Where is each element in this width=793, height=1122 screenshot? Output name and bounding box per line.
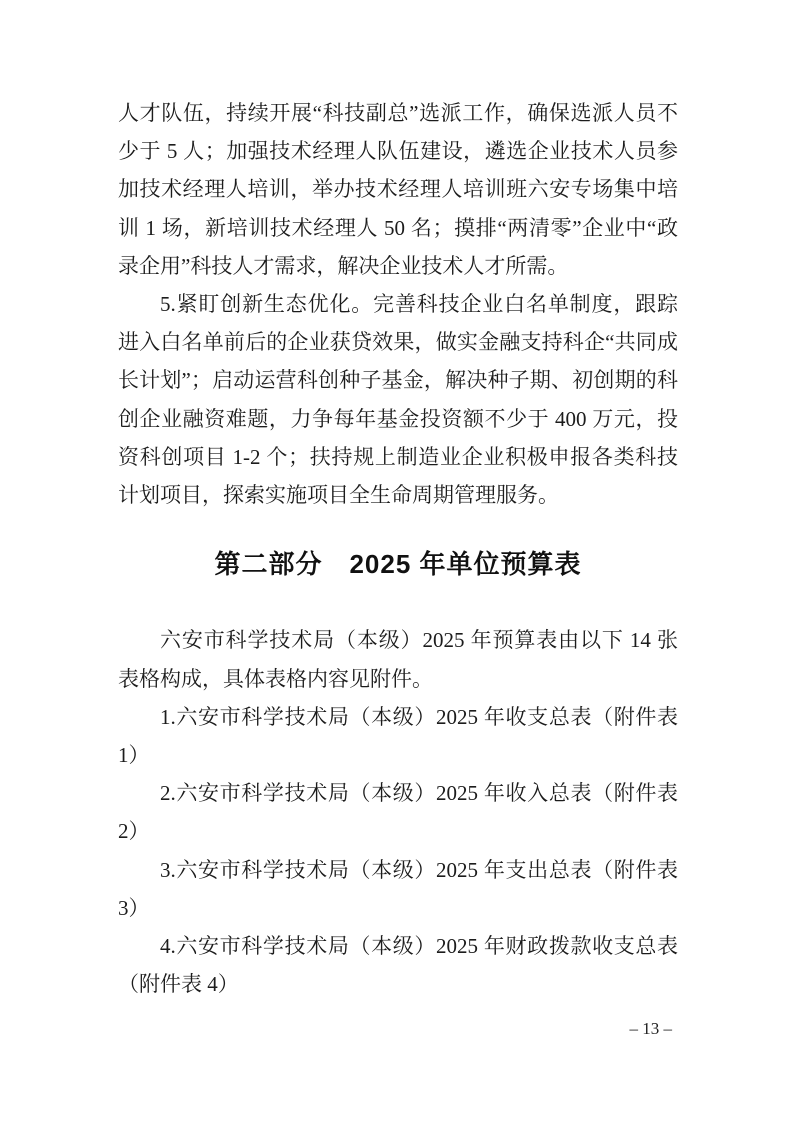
list-item-budget-table-3: 3.六安市科学技术局（本级）2025 年支出总表（附件表 3） (118, 851, 678, 927)
document-body: 人才队伍，持续开展“科技副总”选派工作，确保选派人员不少于 5 人；加强技术经理… (118, 94, 678, 1003)
paragraph-innovation-ecosystem: 5.紧盯创新生态优化。完善科技企业白名单制度，跟踪进入白名单前后的企业获贷效果，… (118, 285, 678, 514)
page-number: – 13 – (630, 1018, 673, 1040)
document-page: 人才队伍，持续开展“科技副总”选派工作，确保选派人员不少于 5 人；加强技术经理… (0, 0, 793, 1122)
list-item-budget-table-4: 4.六安市科学技术局（本级）2025 年财政拨款收支总表（附件表 4） (118, 927, 678, 1003)
paragraph-budget-tables-intro: 六安市科学技术局（本级）2025 年预算表由以下 14 张表格构成，具体表格内容… (118, 621, 678, 697)
list-item-budget-table-1: 1.六安市科学技术局（本级）2025 年收支总表（附件表 1） (118, 698, 678, 774)
section-heading-part-two: 第二部分 2025 年单位预算表 (118, 545, 678, 583)
list-item-budget-table-2: 2.六安市科学技术局（本级）2025 年收入总表（附件表 2） (118, 774, 678, 850)
paragraph-talent-team-continuation: 人才队伍，持续开展“科技副总”选派工作，确保选派人员不少于 5 人；加强技术经理… (118, 94, 678, 285)
